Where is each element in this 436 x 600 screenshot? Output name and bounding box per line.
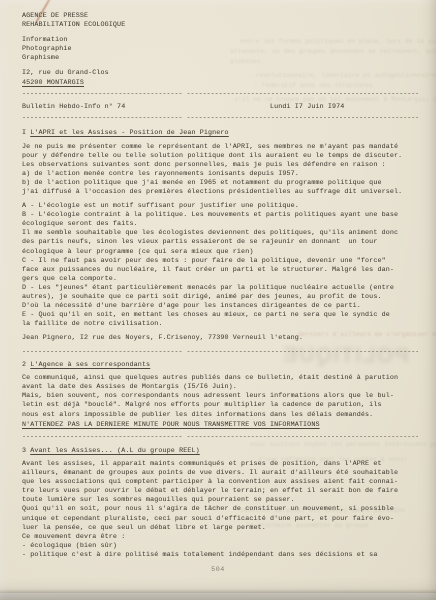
- page-number: 504: [0, 566, 436, 574]
- letterhead: AGENCE DE PRESSE REHABILITATION ECOLOGIQ…: [22, 12, 418, 88]
- typed-rule-divider: ----------------------------------------…: [22, 114, 418, 123]
- typed-rule-divider: ----------------------------------------…: [22, 433, 418, 442]
- section-2-heading: 2 L'Agence à ses correspondants: [22, 361, 418, 370]
- scanned-bulletin-page: entre les formes politiques en place, lo…: [0, 0, 436, 600]
- section-number: 2: [22, 361, 26, 369]
- section-number: 3: [22, 447, 26, 455]
- section-2-paragraph: Ce communiqué, ainsi que quelques autres…: [22, 374, 418, 419]
- section-title: L'APRI et les Assises - Position de Jean…: [30, 129, 228, 137]
- section-number: I: [22, 129, 26, 137]
- scanner-bed-edge: [0, 593, 436, 600]
- issue-date: Lundi I7 Juin I974: [270, 103, 344, 112]
- scan-edge-shadow: [0, 589, 436, 594]
- section-title: L'Agence à ses correspondants: [30, 361, 150, 369]
- masthead-row: Bulletin Hebdo-Info n° 74 Lundi I7 Juin …: [22, 103, 418, 112]
- section-3-heading: 3 Avant les Assises... (A.L du groupe RE…: [22, 447, 418, 456]
- deadline-warning: N'ATTENDEZ PAS LA DERNIERE MINUTE POUR N…: [22, 421, 418, 430]
- section-1-paragraph: A - L'écologie est un motif suffisant po…: [22, 202, 418, 329]
- address-city: 45200 MONTARGIS: [22, 79, 418, 88]
- section-1-paragraph: Je ne puis me présenter comme le représe…: [22, 143, 418, 198]
- section-1-heading: I L'APRI et les Assises - Position de Je…: [22, 129, 418, 138]
- bulletin-title: Bulletin Hebdo-Info n° 74: [22, 103, 125, 111]
- typed-rule-divider: ----------------------------------------…: [22, 90, 418, 99]
- service-item: Graphisme: [22, 54, 418, 63]
- typewritten-content: AGENCE DE PRESSE REHABILITATION ECOLOGIQ…: [22, 12, 418, 560]
- section-title: Avant les Assises... (A.L du groupe REEL…: [30, 447, 199, 455]
- section-1-signature: Jean Pignero, I2 rue des Noyers, F.Crise…: [22, 334, 418, 343]
- service-item: Information: [22, 36, 418, 45]
- section-3-paragraph: Avant les assises, il apparait maints co…: [22, 460, 418, 560]
- agency-name-line2: REHABILITATION ECOLOGIQUE: [22, 21, 418, 30]
- service-item: Photographie: [22, 45, 418, 54]
- agency-name-line1: AGENCE DE PRESSE: [22, 12, 418, 21]
- typed-rule-divider: ----------------------------------------…: [22, 348, 418, 357]
- address-street: I2, rue du Grand-Clos: [22, 69, 418, 78]
